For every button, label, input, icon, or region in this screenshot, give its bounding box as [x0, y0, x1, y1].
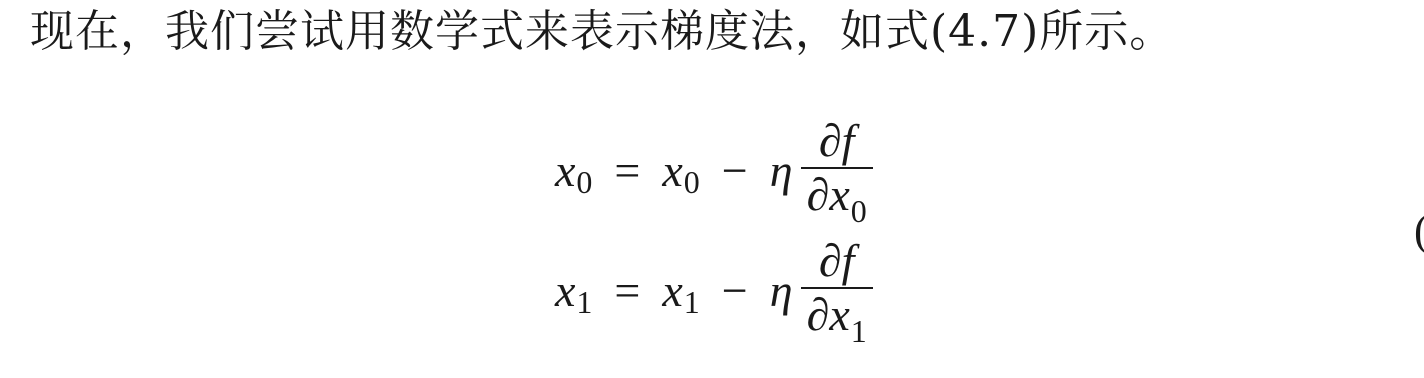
equals-sign: =: [614, 264, 640, 317]
minus-sign: −: [722, 144, 748, 197]
equation-number-fragment: (: [1414, 205, 1424, 256]
denominator-subscript: 0: [851, 193, 867, 229]
partial-symbol: ∂: [807, 169, 830, 220]
lhs-variable: x: [555, 264, 575, 317]
fraction-numerator: ∂f: [813, 235, 861, 287]
denominator-variable: x: [829, 169, 849, 220]
rhs-variable: x: [662, 264, 682, 317]
denominator-variable: x: [829, 289, 849, 340]
partial-derivative-fraction: ∂f ∂x0: [801, 115, 873, 225]
rhs-subscript: 0: [684, 164, 700, 201]
equation-row-x1: x1 = x1 − η ∂f ∂x1: [555, 230, 873, 350]
lhs-variable: x: [555, 144, 575, 197]
fraction-numerator: ∂f: [813, 115, 861, 167]
rhs-subscript: 1: [684, 284, 700, 321]
denominator-subscript: 1: [851, 313, 867, 349]
rhs-variable: x: [662, 144, 682, 197]
partial-symbol: ∂: [807, 289, 830, 340]
intro-paragraph: 现在，我们尝试用数学式来表示梯度法，如式(4.7)所示。: [30, 4, 1174, 60]
equals-sign: =: [614, 144, 640, 197]
fraction-denominator: ∂x1: [801, 289, 873, 345]
learning-rate-eta: η: [770, 144, 793, 197]
equation-row-x0: x0 = x0 − η ∂f ∂x0: [555, 110, 873, 230]
lhs-subscript: 1: [576, 284, 592, 321]
fraction-denominator: ∂x0: [801, 169, 873, 225]
minus-sign: −: [722, 264, 748, 317]
learning-rate-eta: η: [770, 264, 793, 317]
partial-derivative-fraction: ∂f ∂x1: [801, 235, 873, 345]
lhs-subscript: 0: [576, 164, 592, 201]
